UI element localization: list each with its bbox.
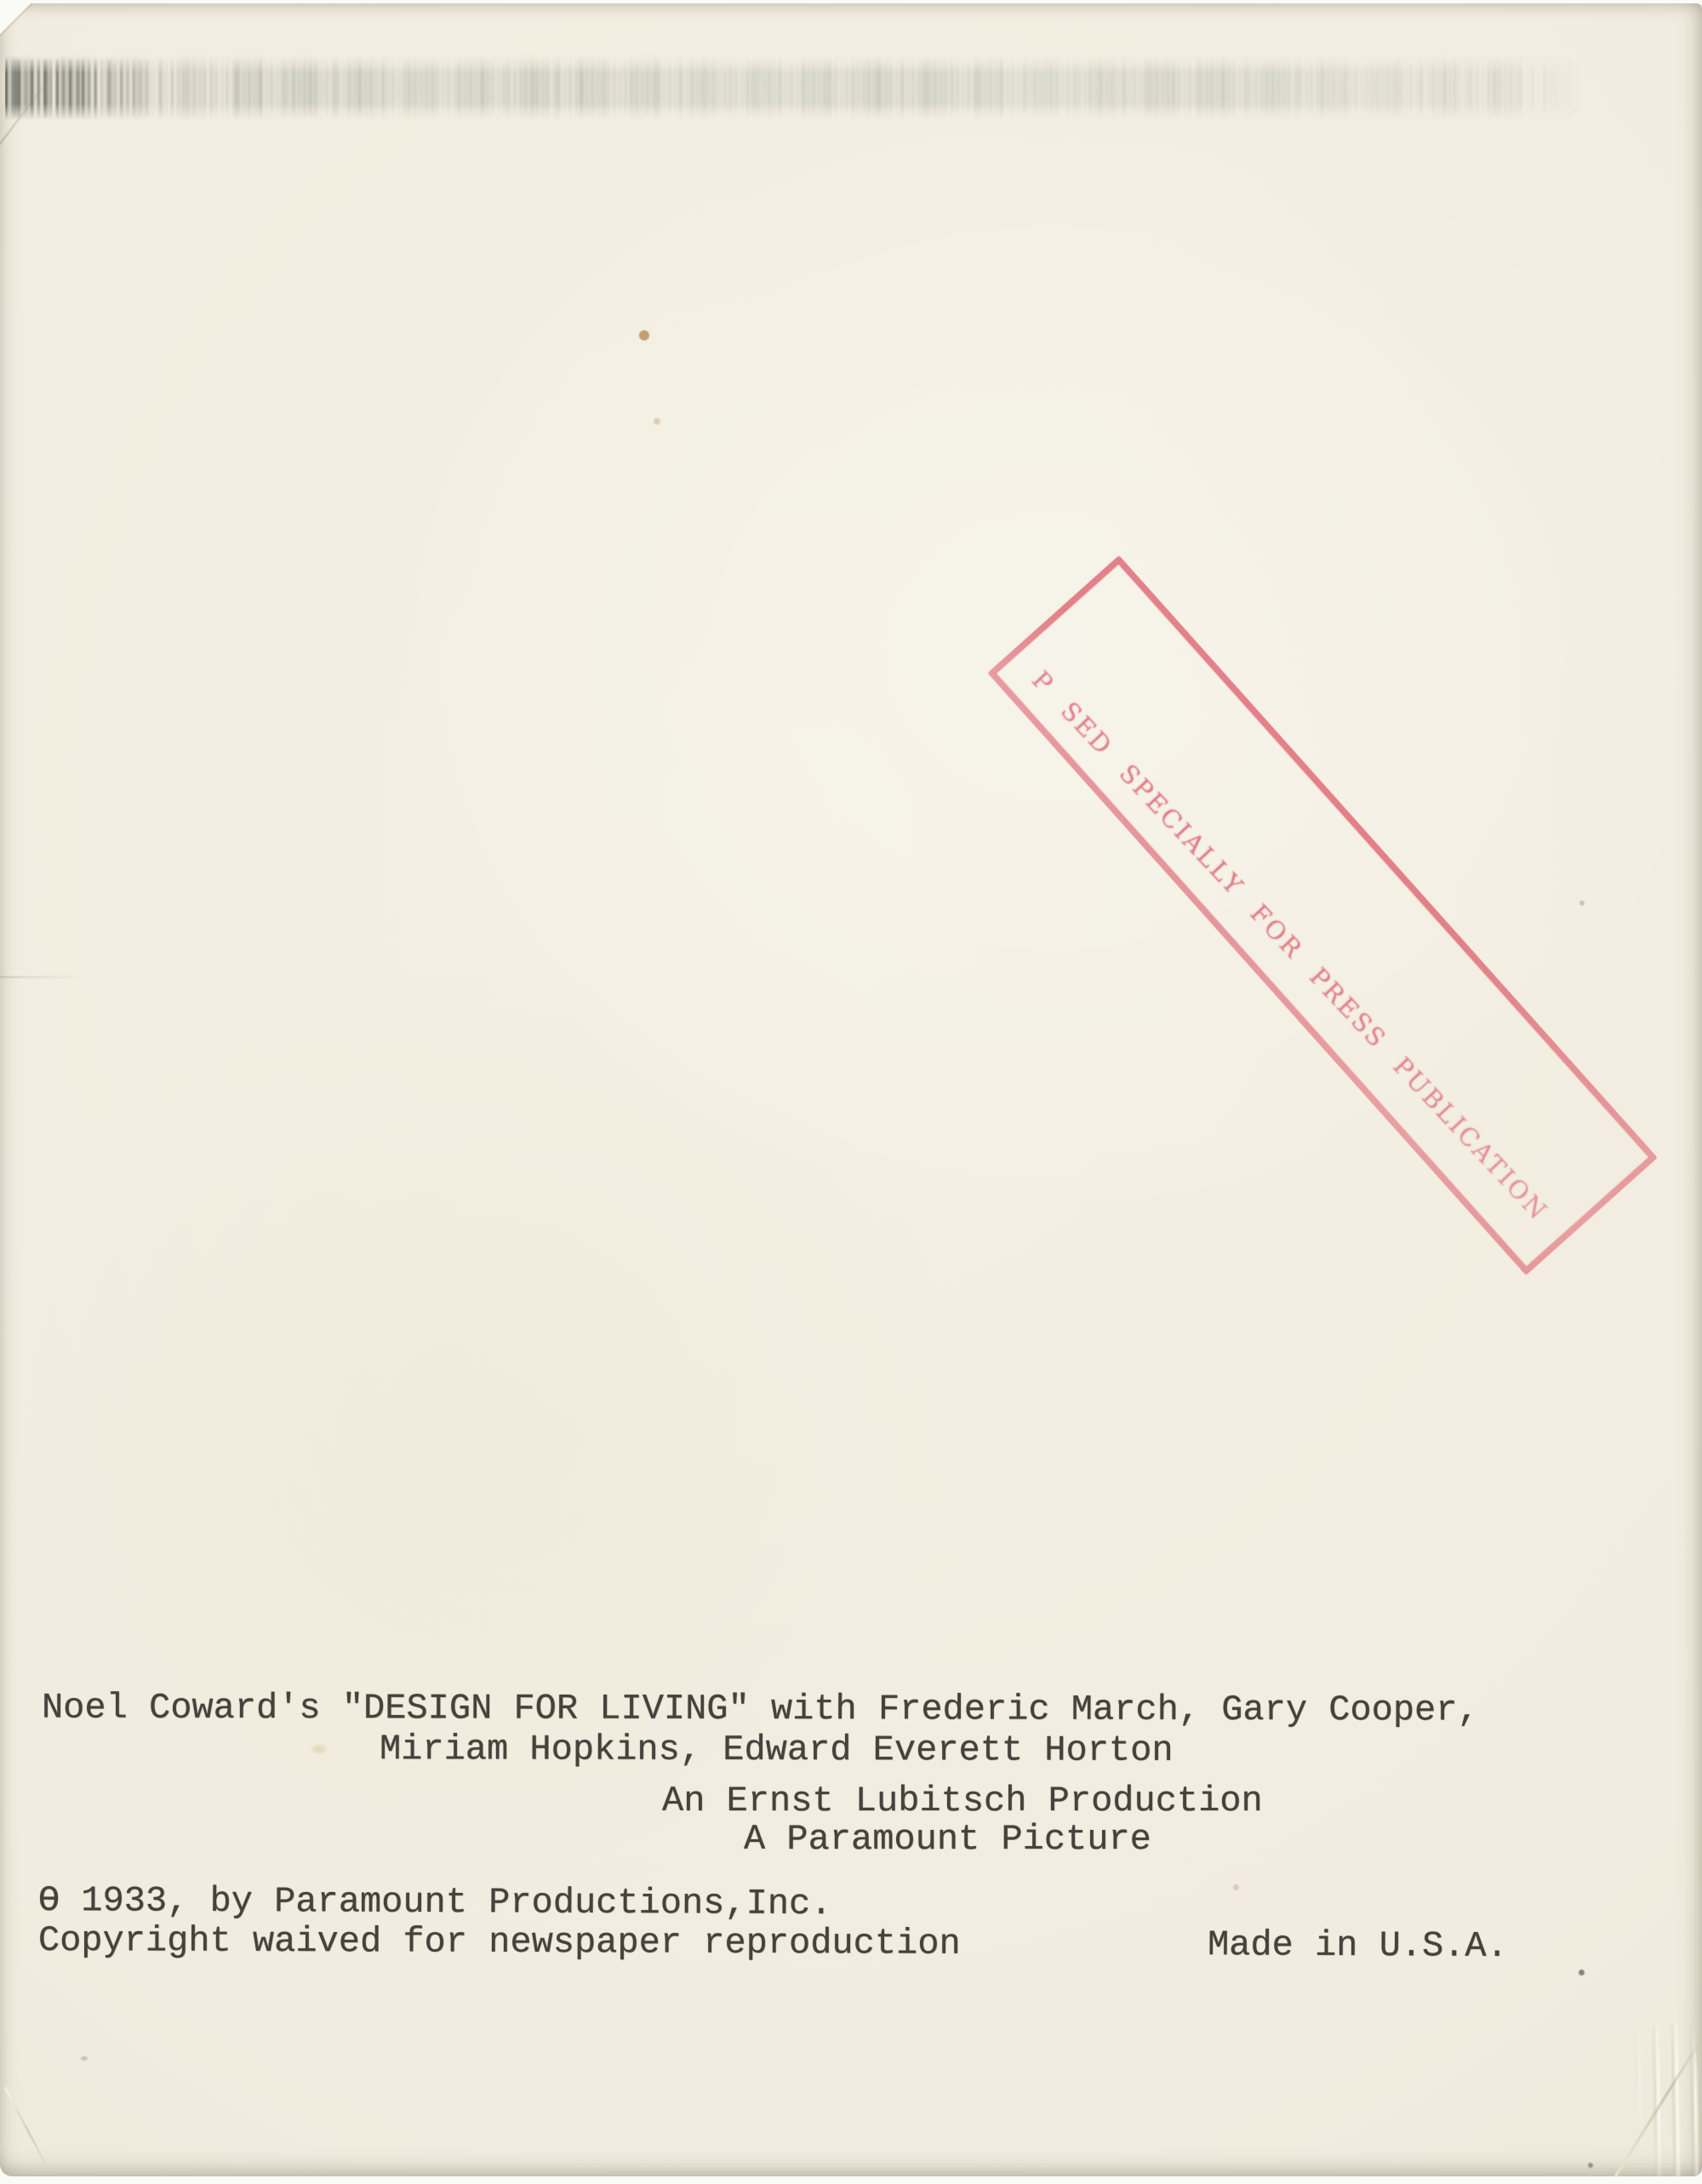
stamp-text-block: P SED SPECIALLY FOR PRESS PUBLICATION ON… [998, 564, 1660, 1256]
crease-left-edge [0, 976, 81, 978]
offset-ink-smudge-band [5, 54, 1588, 121]
production-line-2: A Paramount Picture [744, 1820, 1151, 1859]
stain-speck [654, 418, 660, 425]
copyright-line-1: Ɵ 1933, by Paramount Productions,Inc. [38, 1881, 832, 1924]
smudge-dark-cluster [5, 59, 188, 118]
stain-speck [639, 330, 649, 340]
stain-speck [1579, 900, 1585, 906]
stain-speck [81, 2056, 88, 2061]
title-line-2: Miriam Hopkins, Edward Everett Horton [380, 1729, 1174, 1770]
made-in-usa: Made in U.S.A. [1208, 1925, 1508, 1966]
corner-chamfer [0, 3, 34, 37]
stain-speck [1233, 1884, 1239, 1890]
scan-background: { "paper": { "background_color": "#f1ecd… [0, 0, 1702, 2184]
press-publication-stamp: P SED SPECIALLY FOR PRESS PUBLICATION ON… [987, 555, 1658, 1276]
photo-paper-verso: P SED SPECIALLY FOR PRESS PUBLICATION ON… [0, 3, 1702, 2176]
copyright-line-2: Copyright waived for newspaper reproduct… [38, 1921, 961, 1964]
stamp-line-1: P SED SPECIALLY FOR PRESS PUBLICATION [1018, 658, 1580, 1255]
title-line-1: Noel Coward's "DESIGN FOR LIVING" with F… [42, 1689, 1479, 1730]
stain-speck [1579, 1970, 1585, 1975]
smudge-green-tint [150, 66, 1562, 109]
production-line-1: An Ernst Lubitsch Production [662, 1781, 1263, 1821]
stain-speck [1588, 2163, 1593, 2168]
stain-speck [312, 1745, 326, 1753]
crease-bottom-left [4, 2088, 49, 2170]
wrinkle-bottom-right [1629, 2021, 1702, 2176]
